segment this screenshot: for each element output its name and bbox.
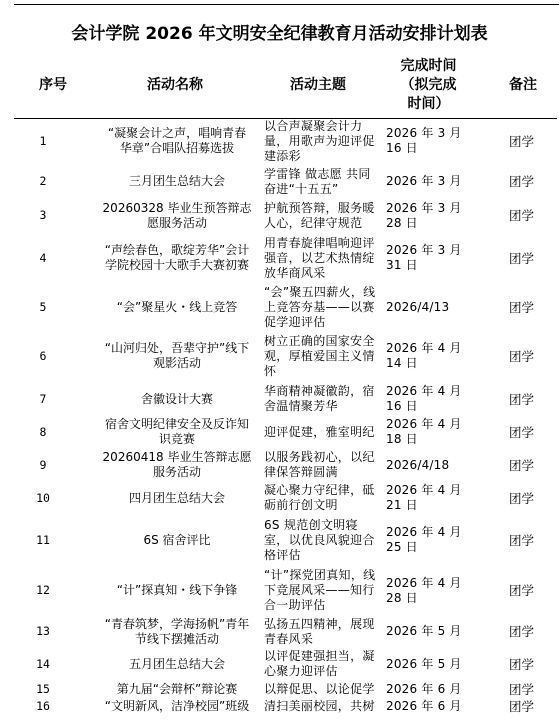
note: 团学 bbox=[473, 416, 557, 449]
row-no: 8 bbox=[14, 416, 92, 449]
activity-theme: “计”探党团真知，线下竞展风采——知行合一助评估 bbox=[258, 566, 378, 616]
activity-theme: 护航预答辩，服务暖人心，纪律守规范 bbox=[258, 200, 378, 232]
completion-date: 2026 年 4 月 21 日 bbox=[378, 482, 473, 515]
activity-theme: 以辩促思、以论促学 bbox=[258, 681, 378, 698]
header-name: 活动名称 bbox=[92, 54, 258, 118]
completion-date: 2026 年 3 月 bbox=[378, 164, 473, 200]
activity-theme: 以服务践初心，以纪律保答辩圆满 bbox=[258, 449, 378, 482]
activity-name: 四月团生总结大会 bbox=[92, 482, 258, 515]
activity-name: “青春筑梦，学海扬帆”青年节线下摆摊活动 bbox=[92, 616, 258, 648]
activity-name: 舍徽设计大赛 bbox=[92, 383, 258, 416]
activity-theme: 迎评促建，雅室明纪 bbox=[258, 416, 378, 449]
note: 团学 bbox=[473, 285, 557, 330]
row-no: 13 bbox=[14, 616, 92, 648]
completion-date: 2026 年 4 月 25 日 bbox=[378, 515, 473, 566]
row-no: 10 bbox=[14, 482, 92, 515]
note: 团学 bbox=[473, 698, 557, 715]
activity-name: “凝聚会计之声，唱响青春华章”合唱队招募选拔 bbox=[92, 118, 258, 164]
completion-date: 2026 年 4 月 28 日 bbox=[378, 566, 473, 616]
table-row: 6“山河归处，吾辈守护”线下观影活动树立正确的国家安全观，厚植爱国主义情怀202… bbox=[14, 330, 557, 383]
activity-name: “文明新风，洁净校园”班级 bbox=[92, 698, 258, 715]
note: 团学 bbox=[473, 232, 557, 285]
activity-theme: “会”聚五四薪火，线上竞答夯基——以赛促学迎评估 bbox=[258, 285, 378, 330]
row-no: 3 bbox=[14, 200, 92, 232]
row-no: 9 bbox=[14, 449, 92, 482]
activity-name: 五月团生总结大会 bbox=[92, 648, 258, 681]
completion-date: 2026 年 3 月 28 日 bbox=[378, 200, 473, 232]
row-no: 5 bbox=[14, 285, 92, 330]
note: 团学 bbox=[473, 648, 557, 681]
header-date: 完成时间 （拟完成 时间） bbox=[378, 54, 473, 118]
table-row: 2三月团生总结大会学雷锋 做志愿 共同奋进“十五五”2026 年 3 月团学 bbox=[14, 164, 557, 200]
row-no: 2 bbox=[14, 164, 92, 200]
note: 团学 bbox=[473, 383, 557, 416]
completion-date: 2026 年 5 月 bbox=[378, 616, 473, 648]
activity-name: 20260418 毕业生答辩志愿服务活动 bbox=[92, 449, 258, 482]
note: 团学 bbox=[473, 616, 557, 648]
completion-date: 2026 年 4 月 14 日 bbox=[378, 330, 473, 383]
row-no: 15 bbox=[14, 681, 92, 698]
row-no: 14 bbox=[14, 648, 92, 681]
activity-name: 6S 宿舍评比 bbox=[92, 515, 258, 566]
header-date-line-3: 时间） bbox=[384, 95, 473, 114]
activity-theme: 凝心聚力守纪律，砥砺前行创文明 bbox=[258, 482, 378, 515]
note: 团学 bbox=[473, 566, 557, 616]
header-date-line-2: （拟完成 bbox=[384, 76, 473, 95]
row-no: 11 bbox=[14, 515, 92, 566]
completion-date: 2026 年 6 月 bbox=[378, 681, 473, 698]
note: 团学 bbox=[473, 200, 557, 232]
completion-date: 2026 年 3 月 31 日 bbox=[378, 232, 473, 285]
note: 团学 bbox=[473, 449, 557, 482]
row-no: 12 bbox=[14, 566, 92, 616]
table-row: 13“青春筑梦，学海扬帆”青年节线下摆摊活动弘扬五四精神，展现青春风采2026 … bbox=[14, 616, 557, 648]
row-no: 6 bbox=[14, 330, 92, 383]
activity-name: 三月团生总结大会 bbox=[92, 164, 258, 200]
completion-date: 2026/4/18 bbox=[378, 449, 473, 482]
activity-name: “会”聚星火・线上竞答 bbox=[92, 285, 258, 330]
row-no: 1 bbox=[14, 118, 92, 164]
table-row: 16“文明新风，洁净校园”班级清扫美丽校园，共树2026 年 6 月团学 bbox=[14, 698, 557, 715]
activity-theme: 以合声凝聚会计力量，用歌声为迎评促建添彩 bbox=[258, 118, 378, 164]
activity-theme: 用青春旋律唱响迎评强音，以艺术热情绽放华商风采 bbox=[258, 232, 378, 285]
note: 团学 bbox=[473, 118, 557, 164]
activity-theme: 树立正确的国家安全观，厚植爱国主义情怀 bbox=[258, 330, 378, 383]
activity-name: 第九届“会辩杯”辩论赛 bbox=[92, 681, 258, 698]
table-row: 10四月团生总结大会凝心聚力守纪律，砥砺前行创文明2026 年 4 月 21 日… bbox=[14, 482, 557, 515]
row-no: 4 bbox=[14, 232, 92, 285]
table-row: 14五月团生总结大会以评促建强担当，凝心聚力迎评估2026 年 5 月团学 bbox=[14, 648, 557, 681]
table-row: 15第九届“会辩杯”辩论赛以辩促思、以论促学2026 年 6 月团学 bbox=[14, 681, 557, 698]
header-no: 序号 bbox=[14, 54, 92, 118]
activity-theme: 以评促建强担当，凝心聚力迎评估 bbox=[258, 648, 378, 681]
table-row: 12“计”探真知・线下争锋“计”探党团真知，线下竞展风采——知行合一助评估202… bbox=[14, 566, 557, 616]
completion-date: 2026/4/13 bbox=[378, 285, 473, 330]
document-title: 会计学院 2026 年文明安全纪律教育月活动安排计划表 bbox=[0, 19, 559, 44]
table-row: 7舍徽设计大赛华商精神凝徽韵，宿舍温情聚芳华2026 年 4 月 16 日团学 bbox=[14, 383, 557, 416]
table-row: 116S 宿舍评比6S 规范创文明寝室，以优良风貌迎合格评估2026 年 4 月… bbox=[14, 515, 557, 566]
activity-theme: 弘扬五四精神，展现青春风采 bbox=[258, 616, 378, 648]
completion-date: 2026 年 4 月 18 日 bbox=[378, 416, 473, 449]
activity-name: 宿舍文明纪律安全及反诈知识竞赛 bbox=[92, 416, 258, 449]
activity-name: “声绘春色，歌绽芳华”会计学院校园十大歌手大赛初赛 bbox=[92, 232, 258, 285]
completion-date: 2026 年 4 月 16 日 bbox=[378, 383, 473, 416]
completion-date: 2026 年 5 月 bbox=[378, 648, 473, 681]
activity-name: “计”探真知・线下争锋 bbox=[92, 566, 258, 616]
activity-theme: 学雷锋 做志愿 共同奋进“十五五” bbox=[258, 164, 378, 200]
activity-theme: 华商精神凝徽韵，宿舍温情聚芳华 bbox=[258, 383, 378, 416]
header-theme: 活动主题 bbox=[258, 54, 378, 118]
table-body: 1“凝聚会计之声，唱响青春华章”合唱队招募选拔以合声凝聚会计力量，用歌声为迎评促… bbox=[14, 118, 557, 715]
table-row: 5“会”聚星火・线上竞答“会”聚五四薪火，线上竞答夯基——以赛促学迎评估2026… bbox=[14, 285, 557, 330]
activity-name: “山河归处，吾辈守护”线下观影活动 bbox=[92, 330, 258, 383]
table-row: 4“声绘春色，歌绽芳华”会计学院校园十大歌手大赛初赛用青春旋律唱响迎评强音，以艺… bbox=[14, 232, 557, 285]
note: 团学 bbox=[473, 482, 557, 515]
header-note: 备注 bbox=[473, 54, 557, 118]
table-row: 1“凝聚会计之声，唱响青春华章”合唱队招募选拔以合声凝聚会计力量，用歌声为迎评促… bbox=[14, 118, 557, 164]
header-row: 序号 活动名称 活动主题 完成时间 （拟完成 时间） 备注 bbox=[14, 54, 557, 118]
table-row: 320260328 毕业生预答辩志愿服务活动护航预答辩，服务暖人心，纪律守规范2… bbox=[14, 200, 557, 232]
activity-theme: 清扫美丽校园，共树 bbox=[258, 698, 378, 715]
table-row: 8宿舍文明纪律安全及反诈知识竞赛迎评促建，雅室明纪2026 年 4 月 18 日… bbox=[14, 416, 557, 449]
activity-plan-table: 序号 活动名称 活动主题 完成时间 （拟完成 时间） 备注 1“凝聚会计之声，唱… bbox=[14, 54, 557, 715]
row-no: 16 bbox=[14, 698, 92, 715]
activity-theme: 6S 规范创文明寝室，以优良风貌迎合格评估 bbox=[258, 515, 378, 566]
top-rule bbox=[14, 4, 559, 5]
note: 团学 bbox=[473, 681, 557, 698]
note: 团学 bbox=[473, 164, 557, 200]
note: 团学 bbox=[473, 330, 557, 383]
header-date-line-1: 完成时间 bbox=[384, 57, 473, 76]
activity-name: 20260328 毕业生预答辩志愿服务活动 bbox=[92, 200, 258, 232]
table-row: 920260418 毕业生答辩志愿服务活动以服务践初心，以纪律保答辩圆满2026… bbox=[14, 449, 557, 482]
row-no: 7 bbox=[14, 383, 92, 416]
completion-date: 2026 年 6 月 bbox=[378, 698, 473, 715]
completion-date: 2026 年 3 月 16 日 bbox=[378, 118, 473, 164]
table-header: 序号 活动名称 活动主题 完成时间 （拟完成 时间） 备注 bbox=[14, 54, 557, 118]
note: 团学 bbox=[473, 515, 557, 566]
